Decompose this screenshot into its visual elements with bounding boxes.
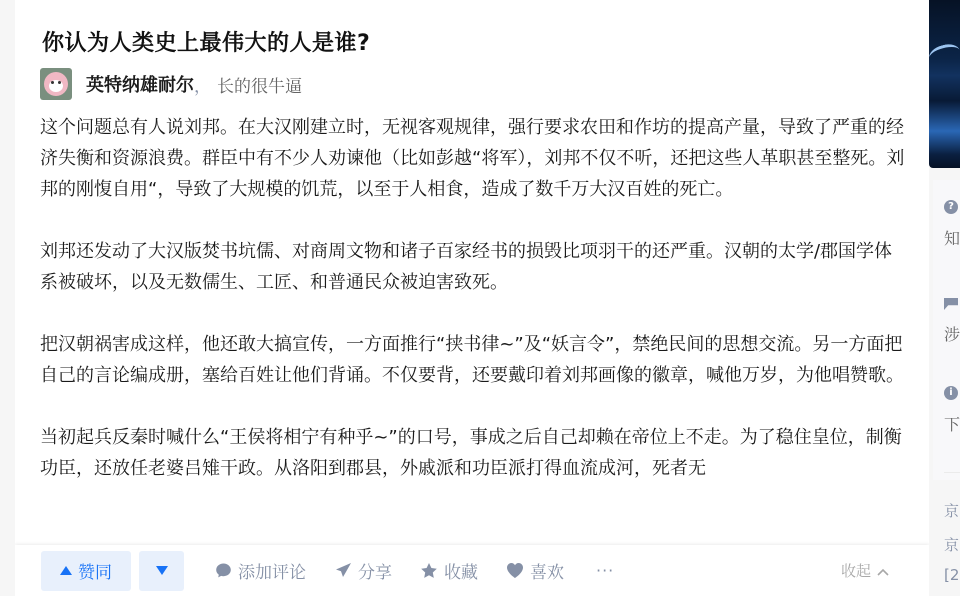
- collapse-label: 收起: [841, 560, 871, 581]
- avatar-eye-icon: [58, 81, 61, 84]
- answer-card: 你认为人类史上最伟大的人是谁? 英特纳雄耐尔 ， 长的很牛逼 这个问题总有人说刘…: [15, 0, 929, 596]
- author-separator: ，: [194, 72, 211, 97]
- star-icon: [420, 562, 438, 580]
- question-circle-icon: ?: [944, 200, 958, 214]
- speech-bubble-icon: [214, 562, 232, 580]
- author-info: 英特纳雄耐尔 ， 长的很牛逼: [40, 68, 302, 100]
- upvote-label: 赞同: [78, 558, 112, 583]
- collapse-button[interactable]: 收起: [841, 560, 889, 581]
- upvote-button[interactable]: 赞同: [41, 551, 131, 591]
- avatar-eye-icon: [51, 81, 54, 84]
- sidebar-footer-line[interactable]: 京: [944, 500, 959, 521]
- avatar[interactable]: [40, 68, 72, 100]
- add-comment-button[interactable]: 添加评论: [214, 558, 306, 583]
- sidebar-item-label: 涉: [944, 322, 960, 345]
- like-button[interactable]: 喜欢: [506, 558, 564, 583]
- answer-paragraph: 刘邦还发动了大汉版焚书坑儒、对商周文物和诸子百家经书的损毁比项羽干的还严重。汉朝…: [40, 236, 910, 298]
- sidebar-footer-line[interactable]: 京: [944, 534, 959, 555]
- info-circle-icon: i: [944, 386, 958, 400]
- page-gutter: [0, 0, 15, 596]
- sidebar-divider: [944, 472, 960, 473]
- more-button[interactable]: ···: [596, 561, 614, 580]
- banner-swoosh-icon: [927, 41, 960, 66]
- sidebar-item-label: 知: [944, 226, 960, 249]
- sidebar-item-label: 下: [944, 412, 960, 435]
- paper-plane-icon: [334, 562, 352, 580]
- triangle-up-icon: [60, 566, 72, 575]
- downvote-button[interactable]: [139, 551, 184, 591]
- share-button[interactable]: 分享: [334, 558, 392, 583]
- answer-content: 这个问题总有人说刘邦。在大汉刚建立时，无视客观规律，强行要求农田和作坊的提高产量…: [40, 112, 910, 515]
- sidebar-banner-image[interactable]: [929, 0, 960, 168]
- answer-paragraph: 这个问题总有人说刘邦。在大汉刚建立时，无视客观规律，强行要求农田和作坊的提高产量…: [40, 112, 910, 205]
- heart-icon: [506, 562, 524, 580]
- triangle-down-icon: [156, 566, 168, 575]
- share-label: 分享: [358, 558, 392, 583]
- sidebar-footer-line[interactable]: [2: [944, 566, 959, 584]
- author-bio: 长的很牛逼: [217, 72, 302, 97]
- author-name[interactable]: 英特纳雄耐尔: [86, 71, 194, 97]
- question-title[interactable]: 你认为人类史上最伟大的人是谁?: [42, 26, 370, 57]
- sidebar-item-report[interactable]: 涉: [944, 298, 960, 345]
- answer-paragraph: 把汉朝祸害成这样，他还敢大搞宣传，一方面推行“挟书律~”及“妖言令”，禁绝民间的…: [40, 329, 910, 391]
- add-comment-label: 添加评论: [238, 558, 306, 583]
- favorite-label: 收藏: [444, 558, 478, 583]
- favorite-button[interactable]: 收藏: [420, 558, 478, 583]
- sidebar-item-help[interactable]: ? 知: [944, 200, 960, 249]
- flag-icon: [944, 298, 958, 310]
- answer-paragraph: 当初起兵反秦时喊什么“王侯将相宁有种乎~”的口号，事成之后自己却赖在帝位上不走。…: [40, 422, 910, 484]
- like-label: 喜欢: [530, 558, 564, 583]
- answer-action-bar: 赞同 添加评论 分享 收藏 喜欢: [15, 545, 929, 596]
- sidebar-item-info[interactable]: i 下: [944, 386, 960, 435]
- chevron-up-icon: [877, 562, 889, 580]
